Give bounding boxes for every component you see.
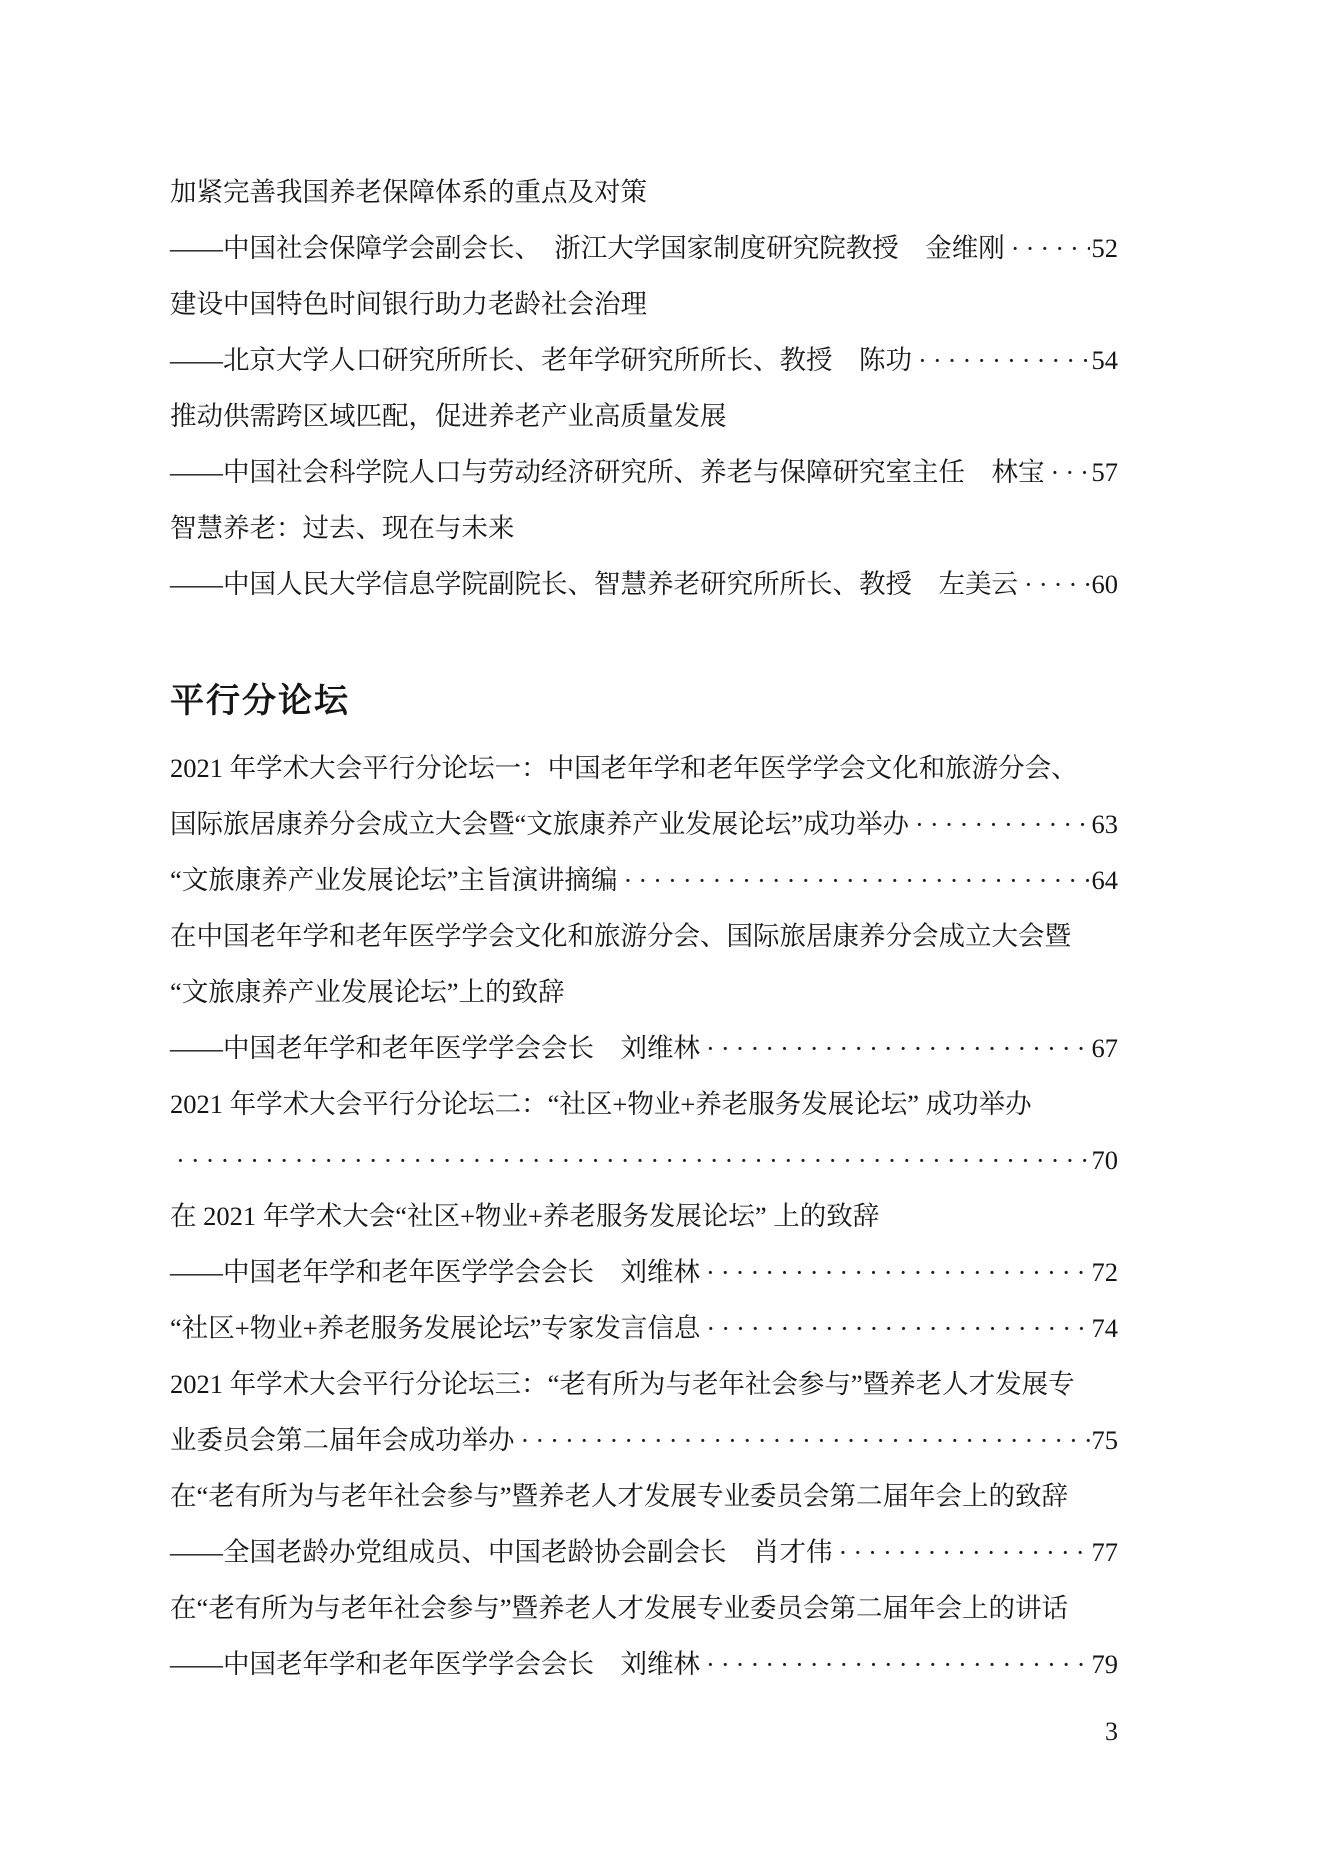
toc-leader-dots: ········································… (915, 796, 1089, 852)
toc-entry-text: “文旅康养产业发展论坛”上的致辞 (170, 964, 565, 1020)
toc-entry: 2021 年学术大会平行分论坛一：中国老年学和老年医学学会文化和旅游分会、 (170, 740, 1118, 796)
toc-entry: 在中国老年学和老年医学学会文化和旅游分会、国际旅居康养分会成立大会暨 (170, 908, 1118, 964)
toc-entry-text: 在中国老年学和老年医学学会文化和旅游分会、国际旅居康养分会成立大会暨 (170, 908, 1071, 964)
toc-entry-page: 70 (1092, 1132, 1119, 1188)
toc-entry: ——中国社会科学院人口与劳动经济研究所、养老与保障研究室主任 林宝·······… (170, 444, 1118, 500)
toc-entry: ——中国老年学和老年医学学会会长 刘维林····················… (170, 1636, 1118, 1692)
toc-entry-page: 79 (1092, 1636, 1119, 1692)
toc-leader-dots: ········································… (176, 1132, 1090, 1188)
toc-entry: 业委员会第二届年会成功举办···························… (170, 1412, 1118, 1468)
toc-entry-text: ——中国社会科学院人口与劳动经济研究所、养老与保障研究室主任 林宝 (170, 444, 1045, 500)
toc-entry-text: 智慧养老：过去、现在与未来 (170, 500, 515, 556)
toc-entry-text: 加紧完善我国养老保障体系的重点及对策 (170, 164, 647, 220)
toc-entry-page: 72 (1092, 1244, 1119, 1300)
toc-entry-page: 67 (1092, 1020, 1119, 1076)
toc-entry-text: 在“老有所为与老年社会参与”暨养老人才发展专业委员会第二届年会上的致辞 (170, 1468, 1068, 1524)
toc-entry-page: 52 (1092, 220, 1119, 276)
toc-entry: “社区+物业+养老服务发展论坛”专家发言信息··················… (170, 1300, 1118, 1356)
toc-entry: ········································… (170, 1132, 1118, 1188)
toc-entry: 建设中国特色时间银行助力老龄社会治理 (170, 276, 1118, 332)
toc-entry-text: 2021 年学术大会平行分论坛一：中国老年学和老年医学学会文化和旅游分会、 (170, 740, 1078, 796)
toc-entry-page: 75 (1092, 1412, 1119, 1468)
toc-entry: 在 2021 年学术大会“社区+物业+养老服务发展论坛” 上的致辞 (170, 1188, 1118, 1244)
toc-entry: ——中国人民大学信息学院副院长、智慧养老研究所所长、教授 左美云········… (170, 556, 1118, 612)
page-number: 3 (1105, 1716, 1118, 1748)
toc-entry: 在“老有所为与老年社会参与”暨养老人才发展专业委员会第二届年会上的致辞 (170, 1468, 1118, 1524)
toc-entry-text: 建设中国特色时间银行助力老龄社会治理 (170, 276, 647, 332)
toc-entry-text: “文旅康养产业发展论坛”主旨演讲摘编 (170, 852, 618, 908)
toc-entry-text: ——北京大学人口研究所所长、老年学研究所所长、教授 陈功 (170, 332, 912, 388)
toc-leader-dots: ········································… (706, 1244, 1090, 1300)
toc-entry: ——中国社会保障学会副会长、 浙江大学国家制度研究院教授 金维刚········… (170, 220, 1118, 276)
toc-entry: 智慧养老：过去、现在与未来 (170, 500, 1118, 556)
section-heading: 平行分论坛 (170, 682, 1118, 722)
toc-entry-text: ——中国老年学和老年医学学会会长 刘维林 (170, 1020, 700, 1076)
toc-entry-page: 74 (1092, 1300, 1119, 1356)
toc-entry-page: 63 (1092, 796, 1119, 852)
toc-section: 平行分论坛2021 年学术大会平行分论坛一：中国老年学和老年医学学会文化和旅游分… (170, 682, 1118, 1692)
toc-entry: ——全国老龄办党组成员、中国老龄协会副会长 肖才伟···············… (170, 1524, 1118, 1580)
toc-entry: ——北京大学人口研究所所长、老年学研究所所长、教授 陈功············… (170, 332, 1118, 388)
toc-leader-dots: ········································… (521, 1412, 1090, 1468)
toc-leader-dots: ········································… (706, 1300, 1089, 1356)
toc-entry-text: ——中国人民大学信息学院副院长、智慧养老研究所所长、教授 左美云 (170, 556, 1018, 612)
toc-leader-dots: ········································… (1011, 220, 1090, 276)
toc-entry-text: 国际旅居康养分会成立大会暨“文旅康养产业发展论坛”成功举办 (170, 796, 909, 852)
toc-leader-dots: ········································… (706, 1020, 1090, 1076)
toc-entry-text: ——中国社会保障学会副会长、 浙江大学国家制度研究院教授 金维刚 (170, 220, 1005, 276)
toc-entry-text: 2021 年学术大会平行分论坛二：“社区+物业+养老服务发展论坛” 成功举办 (170, 1076, 1032, 1132)
toc-entry: 2021 年学术大会平行分论坛三：“老有所为与老年社会参与”暨养老人才发展专 (170, 1356, 1118, 1412)
toc-leader-dots: ········································… (706, 1636, 1090, 1692)
toc-entry-text: 推动供需跨区域匹配，促进养老产业高质量发展 (170, 388, 727, 444)
toc-entry: ——中国老年学和老年医学学会会长 刘维林····················… (170, 1244, 1118, 1300)
document-page: 加紧完善我国养老保障体系的重点及对策——中国社会保障学会副会长、 浙江大学国家制… (0, 0, 1323, 1871)
toc-leader-dots: ········································… (1024, 556, 1090, 612)
toc-section: 加紧完善我国养老保障体系的重点及对策——中国社会保障学会副会长、 浙江大学国家制… (170, 164, 1118, 612)
toc-entry-text: ——中国老年学和老年医学学会会长 刘维林 (170, 1244, 700, 1300)
toc-entry-page: 57 (1092, 444, 1119, 500)
toc-entry-text: 在“老有所为与老年社会参与”暨养老人才发展专业委员会第二届年会上的讲话 (170, 1580, 1068, 1636)
toc-entry: 2021 年学术大会平行分论坛二：“社区+物业+养老服务发展论坛” 成功举办 (170, 1076, 1118, 1132)
toc-list: 加紧完善我国养老保障体系的重点及对策——中国社会保障学会副会长、 浙江大学国家制… (170, 164, 1118, 1692)
toc-leader-dots: ········································… (918, 332, 1090, 388)
toc-leader-dots: ········································… (624, 852, 1090, 908)
toc-entry: 加紧完善我国养老保障体系的重点及对策 (170, 164, 1118, 220)
toc-entry: 国际旅居康养分会成立大会暨“文旅康养产业发展论坛”成功举办···········… (170, 796, 1118, 852)
toc-entry: ——中国老年学和老年医学学会会长 刘维林····················… (170, 1020, 1118, 1076)
toc-entry-page: 77 (1092, 1524, 1119, 1580)
toc-entry-page: 60 (1092, 556, 1119, 612)
toc-entry-text: ——中国老年学和老年医学学会会长 刘维林 (170, 1636, 700, 1692)
toc-entry: 推动供需跨区域匹配，促进养老产业高质量发展 (170, 388, 1118, 444)
toc-entry-text: 在 2021 年学术大会“社区+物业+养老服务发展论坛” 上的致辞 (170, 1188, 879, 1244)
toc-entry-page: 54 (1092, 332, 1119, 388)
toc-entry-text: 业委员会第二届年会成功举办 (170, 1412, 515, 1468)
toc-entry-text: ——全国老龄办党组成员、中国老龄协会副会长 肖才伟 (170, 1524, 833, 1580)
toc-entry-text: “社区+物业+养老服务发展论坛”专家发言信息 (170, 1300, 700, 1356)
toc-entry-page: 64 (1092, 852, 1119, 908)
toc-leader-dots: ········································… (1051, 444, 1090, 500)
toc-entry-text: 2021 年学术大会平行分论坛三：“老有所为与老年社会参与”暨养老人才发展专 (170, 1356, 1075, 1412)
toc-entry: “文旅康养产业发展论坛”上的致辞 (170, 964, 1118, 1020)
toc-entry: 在“老有所为与老年社会参与”暨养老人才发展专业委员会第二届年会上的讲话 (170, 1580, 1118, 1636)
toc-leader-dots: ········································… (839, 1524, 1090, 1580)
toc-entry: “文旅康养产业发展论坛”主旨演讲摘编······················… (170, 852, 1118, 908)
